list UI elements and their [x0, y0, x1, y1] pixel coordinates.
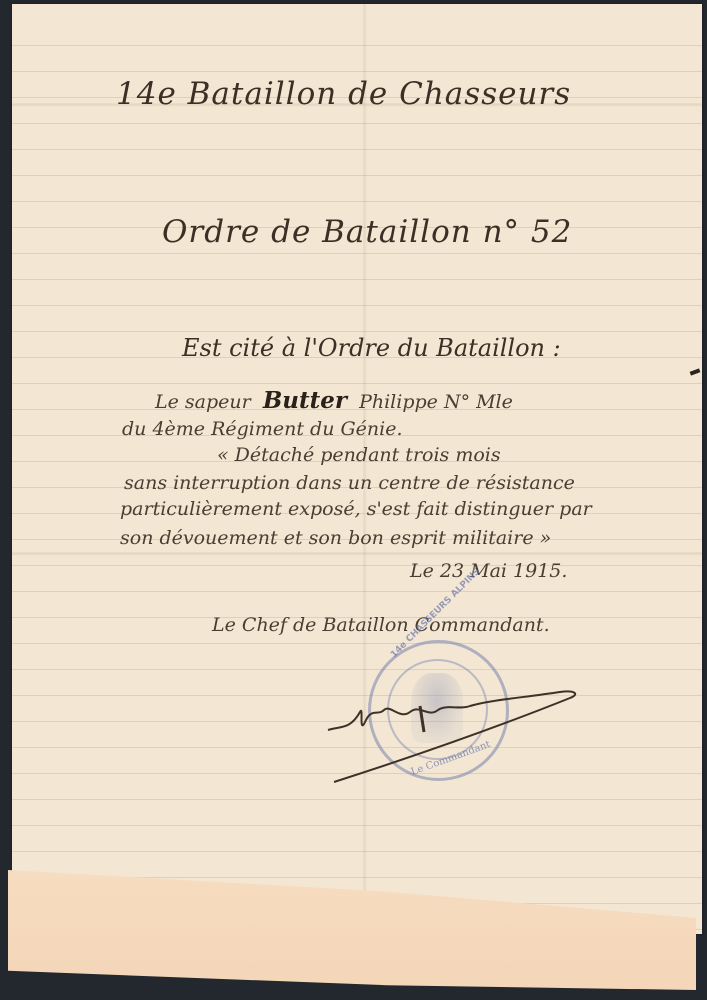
order-title: Ordre de Bataillon n° 52 [162, 214, 572, 250]
soldier-first-name: Philippe N° Mle [359, 391, 513, 413]
citation-line-2: du 4ème Régiment du Génie. [122, 418, 403, 440]
citation-heading: Est cité à l'Ordre du Bataillon : [182, 334, 561, 362]
soldier-name: Butter [263, 387, 347, 414]
signature [320, 660, 590, 790]
citation-line-5: particulièrement exposé, s'est fait dist… [120, 498, 592, 520]
citation-line-4: sans interruption dans un centre de rési… [124, 472, 575, 494]
citation-line-1: Le sapeur Butter Philippe N° Mle [155, 387, 513, 414]
document-header: 14e Bataillon de Chasseurs [116, 76, 571, 112]
citation-line-3: « Détaché pendant trois mois [217, 444, 501, 466]
rank-label: Le sapeur [155, 391, 251, 413]
ink-blot [690, 368, 701, 375]
signoff: Le Chef de Bataillon Commandant. [212, 614, 550, 636]
citation-date: Le 23 Mai 1915. [410, 560, 567, 582]
citation-line-6: son dévouement et son bon esprit militai… [120, 527, 551, 549]
document-paper: 14e Bataillon de Chasseurs Ordre de Bata… [12, 4, 702, 934]
